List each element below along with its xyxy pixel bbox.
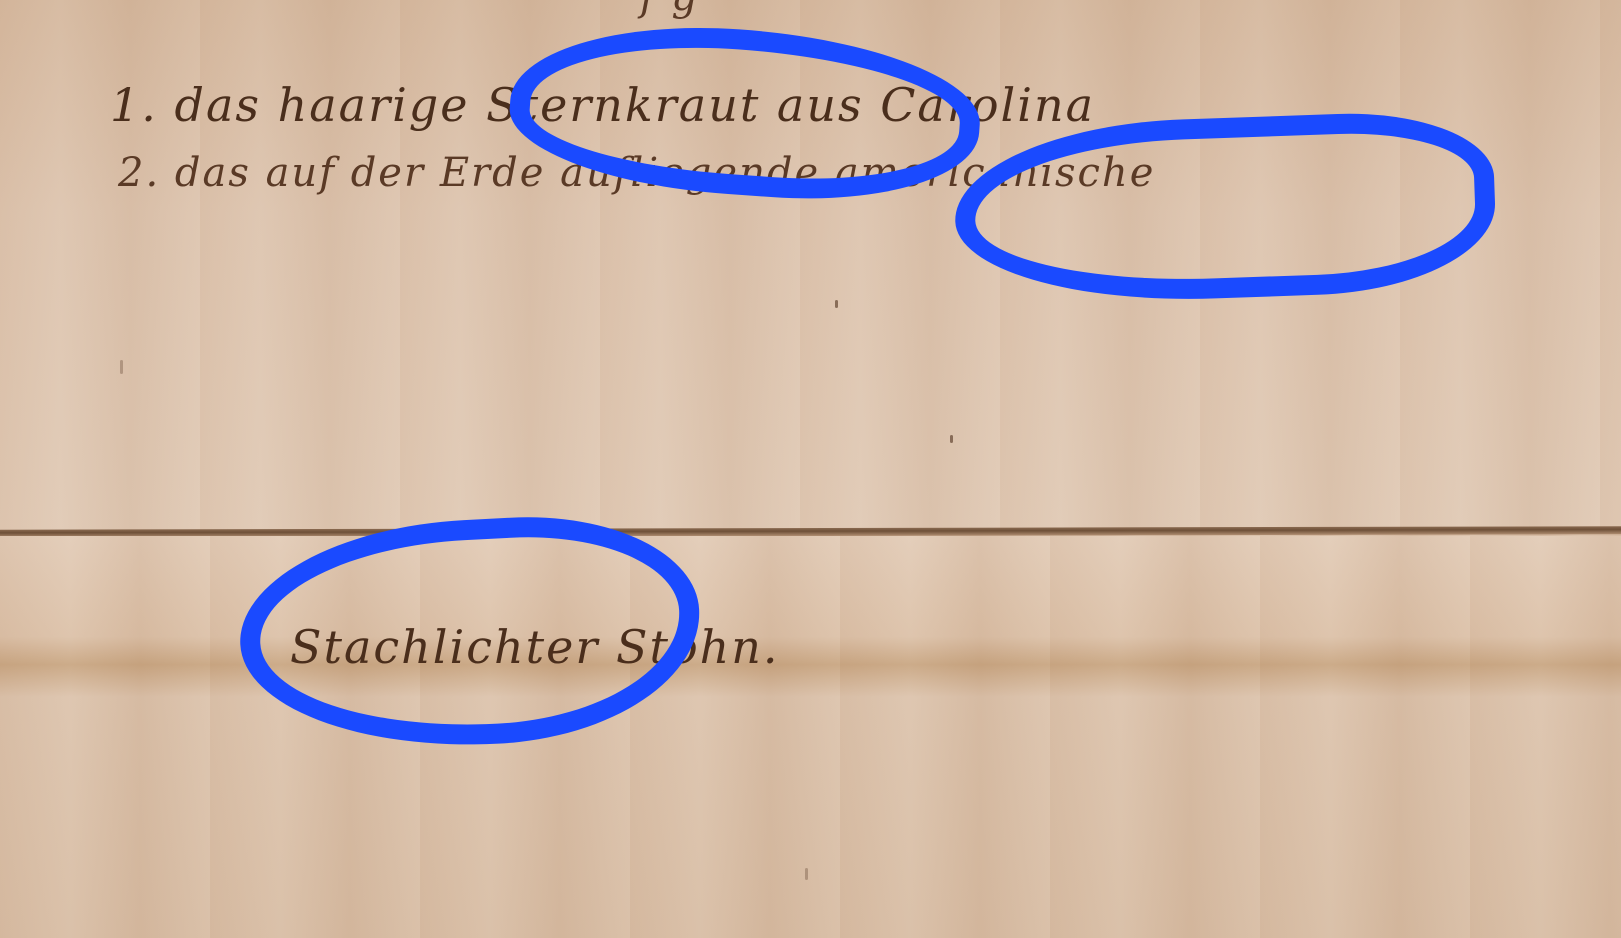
manuscript-line-1: 1. das haarige Sternkraut aus Carolina [110, 78, 1095, 132]
manuscript-line-2: 2. das auf der Erde aufliegende american… [118, 150, 1155, 196]
ink-fleck [120, 360, 123, 374]
partial-line-top: f g [640, 0, 699, 20]
ink-fleck [835, 300, 838, 308]
ink-fleck [805, 868, 808, 880]
manuscript-line-3: Stachlichter Stohn. [290, 620, 780, 674]
lower-sheet [0, 536, 1621, 938]
ink-fleck [950, 435, 953, 443]
